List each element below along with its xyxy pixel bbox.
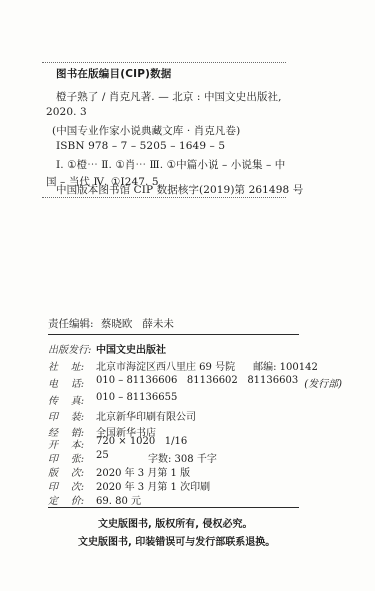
- info-row-format: 开 本: 720 × 1020 1/16: [48, 436, 187, 451]
- cip-line-series: (中国专业作家小说典藏文库 · 肖克凡卷): [52, 123, 240, 138]
- info-value: 2020 年 3 月第 1 次印刷: [96, 478, 210, 493]
- cip-bottom-divider: [42, 197, 286, 198]
- info-label: 印 张:: [48, 450, 96, 465]
- info-label: 出版发行:: [48, 341, 96, 356]
- info-value: 010 – 81136655: [96, 392, 177, 407]
- cip-line-date: 2020. 3: [46, 106, 87, 118]
- info-label: 社 址:: [48, 358, 96, 373]
- info-label: 印 次:: [48, 478, 96, 493]
- info-value: 北京新华印刷有限公司: [96, 408, 196, 423]
- info-row-printing: 印 次: 2020 年 3 月第 1 次印刷: [48, 478, 210, 493]
- info-value: 69. 80 元: [96, 492, 141, 507]
- info-value: 2020 年 3 月第 1 版: [96, 464, 190, 479]
- info-label: 定 价:: [48, 492, 96, 507]
- info-label: 电 话:: [48, 375, 96, 390]
- info-row-price: 定 价: 69. 80 元: [48, 492, 141, 507]
- info-value: 25: [96, 450, 144, 465]
- info-bottom-divider: [48, 507, 299, 508]
- cip-line-classification: Ⅰ. ①橙⋯ Ⅱ. ①肖⋯ Ⅲ. ①中篇小说 – 小说集 – 中: [56, 157, 285, 172]
- cip-line-record-number: 中国版本图书馆 CIP 数据核字(2019)第 261498 号: [56, 182, 303, 197]
- info-row-phone: 电 话: 010 – 81136606 81136602 81136603 (发…: [48, 375, 342, 390]
- return-notice: 文史版图书, 印装错误可与发行部联系退换。: [78, 533, 275, 548]
- info-row-fax: 传 真: 010 – 81136655: [48, 392, 177, 407]
- info-row-edition: 版 次: 2020 年 3 月第 1 版: [48, 464, 190, 479]
- info-row-publisher: 出版发行: 中国文史出版社: [48, 341, 166, 356]
- info-extra: 邮编: 100142: [253, 358, 318, 373]
- editor-credit: 责任编辑: 蔡晓欧 薛未未: [48, 316, 174, 331]
- copyright-notice: 文史版图书, 版权所有, 侵权必究。: [98, 515, 253, 530]
- info-extra: 字数: 308 千字: [148, 450, 217, 465]
- info-label: 传 真:: [48, 392, 96, 407]
- info-value: 010 – 81136606 81136602 81136603: [96, 375, 298, 390]
- cip-line-title-author: 橙子熟了 / 肖克凡著. — 北京 : 中国文史出版社,: [56, 89, 282, 104]
- cip-top-divider: [42, 62, 286, 63]
- info-label: 开 本:: [48, 436, 96, 451]
- info-extra: (发行部): [304, 375, 342, 390]
- info-value: 720 × 1020 1/16: [96, 436, 187, 451]
- info-label: 版 次:: [48, 464, 96, 479]
- info-row-address: 社 址: 北京市海淀区西八里庄 69 号院 邮编: 100142: [48, 358, 318, 373]
- info-row-printer: 印 装: 北京新华印刷有限公司: [48, 408, 196, 423]
- info-top-divider: [48, 334, 299, 335]
- info-label: 印 装:: [48, 408, 96, 423]
- editor-names: 蔡晓欧 薛未未: [101, 318, 174, 330]
- cip-line-isbn: ISBN 978 – 7 – 5205 – 1649 – 5: [56, 140, 225, 152]
- info-value: 北京市海淀区西八里庄 69 号院: [96, 358, 235, 373]
- info-value: 中国文史出版社: [96, 341, 166, 356]
- editor-label: 责任编辑:: [48, 318, 94, 330]
- info-row-sheets: 印 张: 25 字数: 308 千字: [48, 450, 217, 465]
- cip-title: 图书在版编目(CIP)数据: [56, 66, 172, 81]
